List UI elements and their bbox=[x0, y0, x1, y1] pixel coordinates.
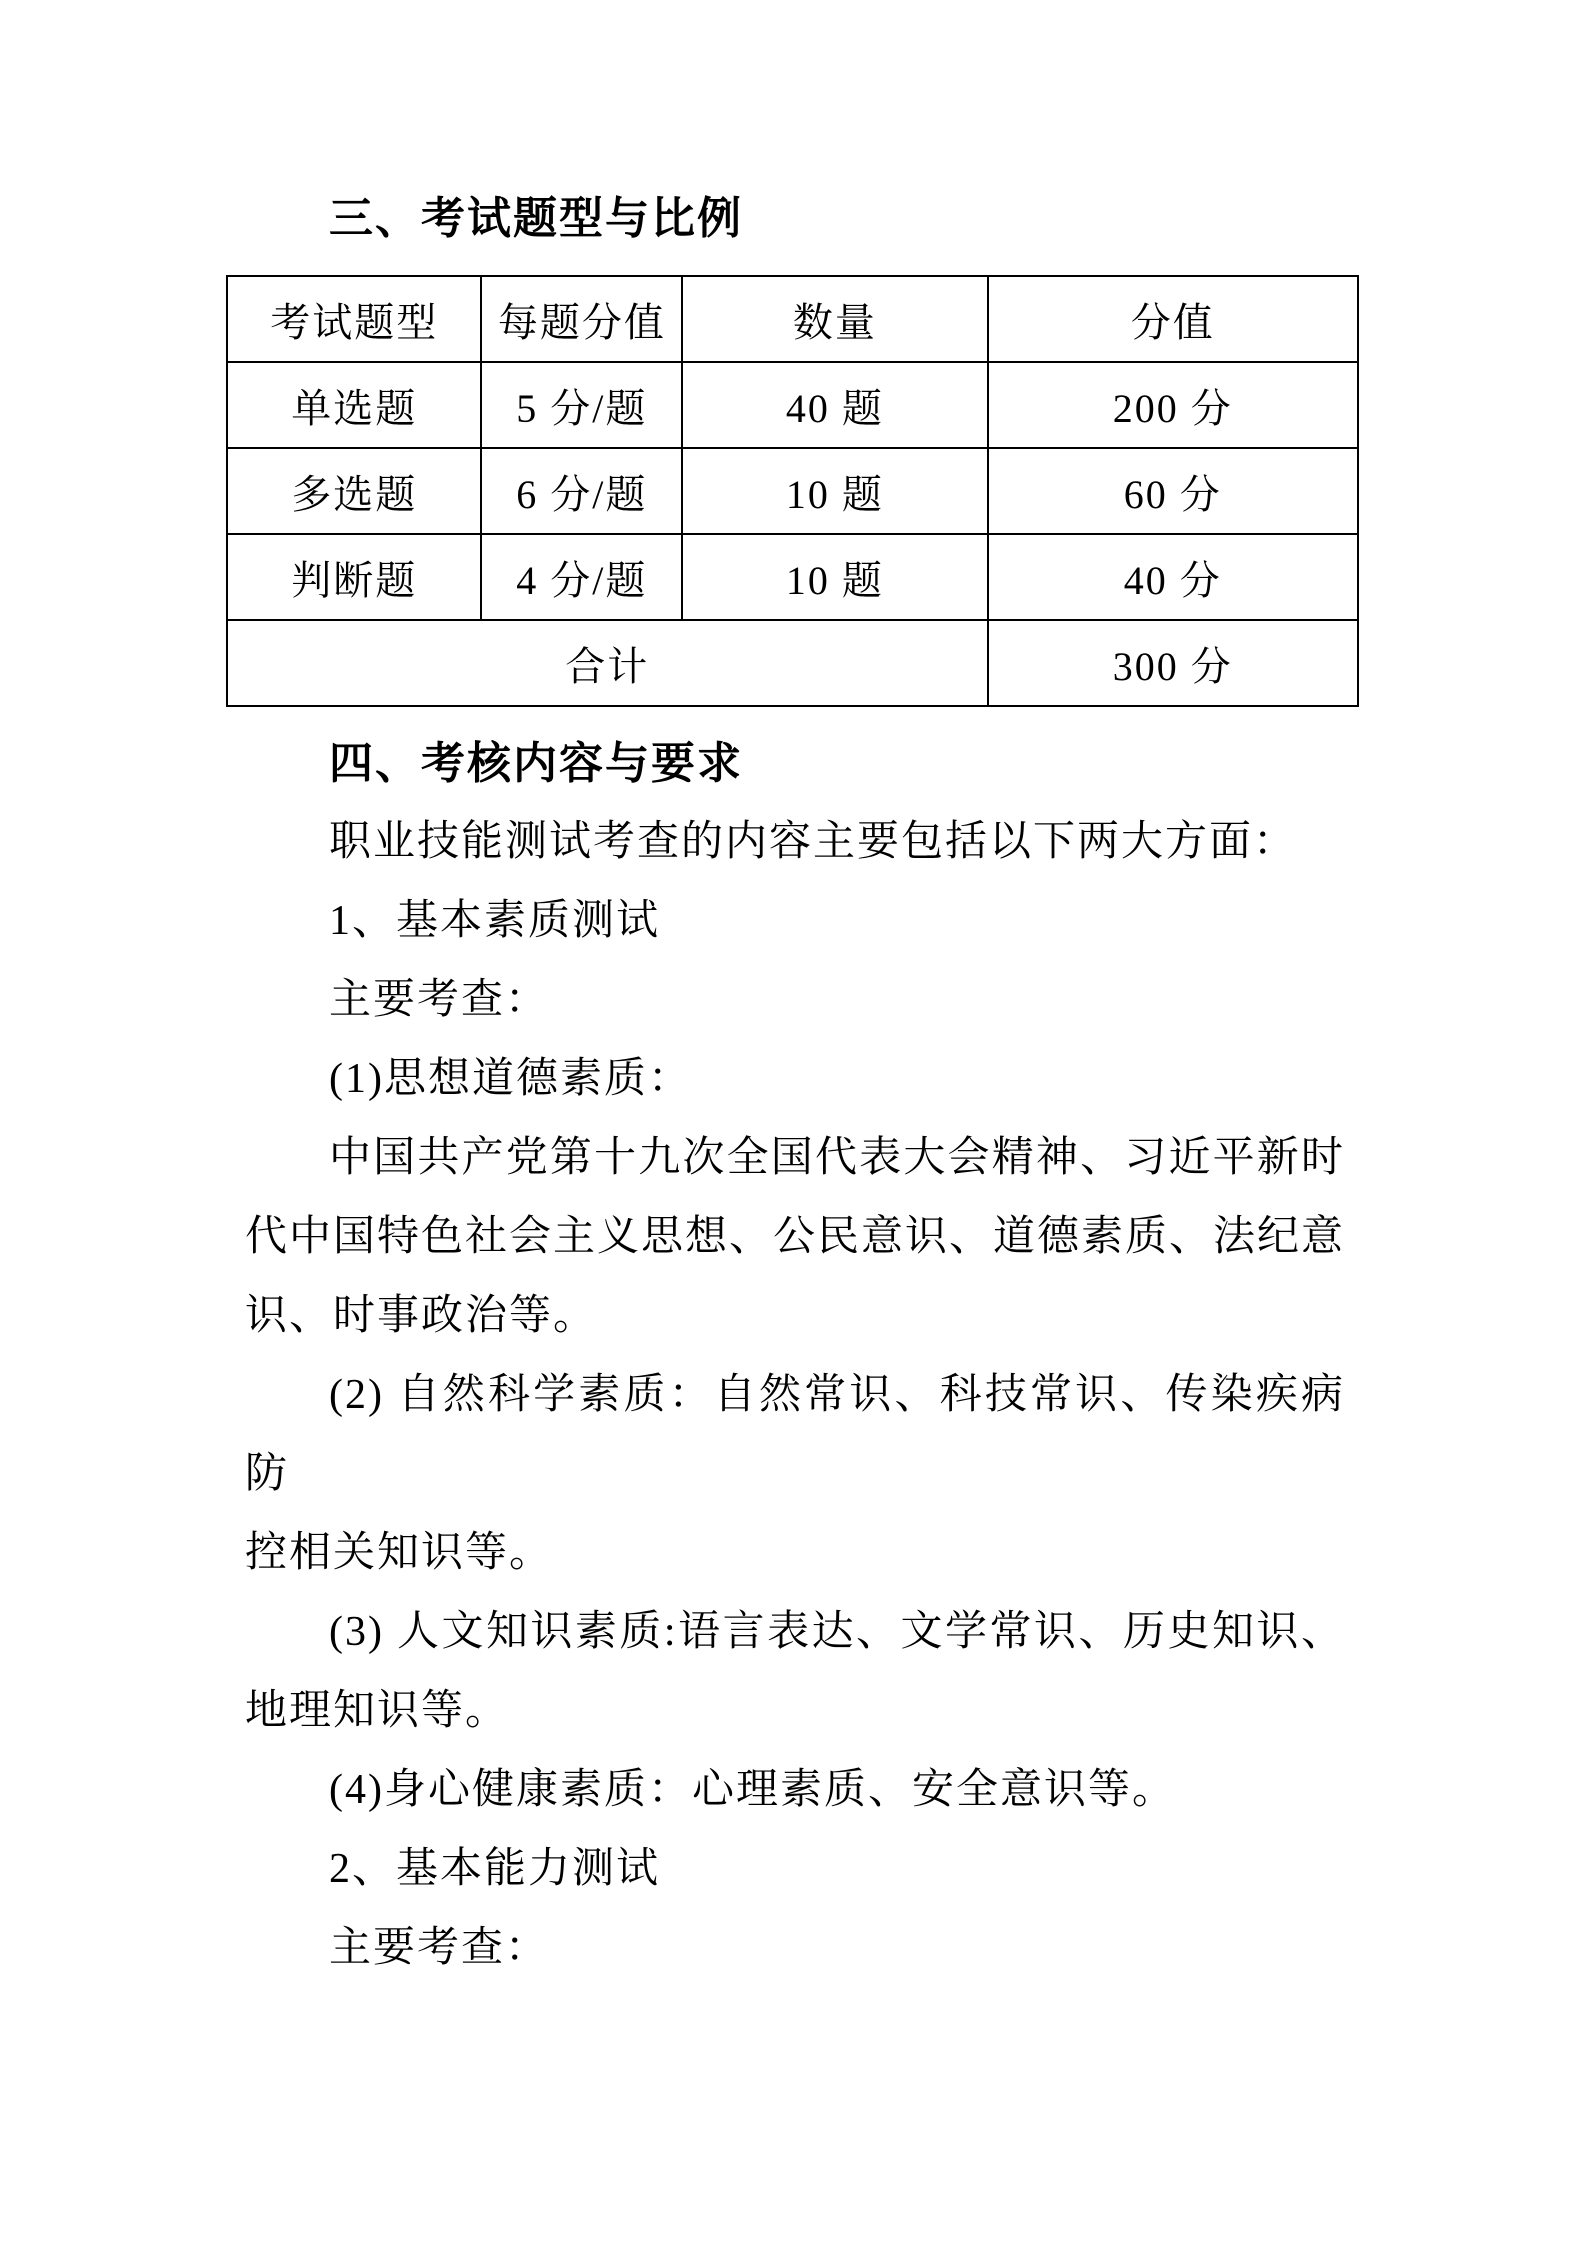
text-line: 中国共产党第十九次全国代表大会精神、习近平新时 bbox=[245, 1119, 1345, 1198]
table-row-multiple-choice: 多选题 6 分/题 10 题 60 分 bbox=[227, 448, 1358, 534]
text-line: (1)思想道德素质： bbox=[245, 1040, 1345, 1119]
table-cell: 4 分/题 bbox=[481, 534, 682, 620]
table-cell: 单选题 bbox=[227, 362, 481, 448]
table-cell: 10 题 bbox=[682, 534, 987, 620]
text-line: 代中国特色社会主义思想、公民意识、道德素质、法纪意 bbox=[245, 1198, 1345, 1277]
table-cell: 10 题 bbox=[682, 448, 987, 534]
table-header-question-type: 考试题型 bbox=[227, 276, 481, 362]
table-header-score: 分值 bbox=[988, 276, 1358, 362]
table-total-label: 合计 bbox=[227, 620, 988, 706]
table-row-total: 合计 300 分 bbox=[227, 620, 1358, 706]
table-header-row: 考试题型 每题分值 数量 分值 bbox=[227, 276, 1358, 362]
exam-types-table: 考试题型 每题分值 数量 分值 单选题 5 分/题 40 题 200 分 多选题… bbox=[226, 275, 1359, 707]
table-row-true-false: 判断题 4 分/题 10 题 40 分 bbox=[227, 534, 1358, 620]
text-line: 识、时事政治等。 bbox=[245, 1277, 1345, 1356]
table-header-points-per-question: 每题分值 bbox=[481, 276, 682, 362]
table-cell: 40 题 bbox=[682, 362, 987, 448]
text-line: 主要考查： bbox=[245, 961, 1345, 1040]
document-page: 三、考试题型与比例 考试题型 每题分值 数量 分值 单选题 5 分/题 40 题… bbox=[0, 0, 1587, 2245]
text-line: 1、基本素质测试 bbox=[245, 882, 1345, 961]
section-heading-exam-types: 三、考试题型与比例 bbox=[226, 192, 1359, 246]
table-header-quantity: 数量 bbox=[682, 276, 987, 362]
table-cell: 6 分/题 bbox=[481, 448, 682, 534]
table-cell: 多选题 bbox=[227, 448, 481, 534]
text-line: 地理知识等。 bbox=[245, 1672, 1345, 1751]
table-cell: 5 分/题 bbox=[481, 362, 682, 448]
table-cell: 200 分 bbox=[988, 362, 1358, 448]
section-heading-assessment-content: 四、考核内容与要求 bbox=[245, 724, 1359, 803]
table-cell: 判断题 bbox=[227, 534, 481, 620]
table-cell: 40 分 bbox=[988, 534, 1358, 620]
text-line: (4)身心健康素质：心理素质、安全意识等。 bbox=[245, 1751, 1345, 1830]
text-line: 职业技能测试考查的内容主要包括以下两大方面： bbox=[245, 803, 1345, 882]
table-cell: 60 分 bbox=[988, 448, 1358, 534]
text-line: (3) 人文知识素质:语言表达、文学常识、历史知识、 bbox=[245, 1593, 1345, 1672]
text-line: 2、基本能力测试 bbox=[245, 1830, 1345, 1909]
body-paragraphs: 职业技能测试考查的内容主要包括以下两大方面：1、基本素质测试主要考查：(1)思想… bbox=[245, 803, 1345, 1988]
text-line: 控相关知识等。 bbox=[245, 1514, 1345, 1593]
table-total-value: 300 分 bbox=[988, 620, 1358, 706]
text-line: 主要考查： bbox=[245, 1909, 1345, 1988]
table-row-single-choice: 单选题 5 分/题 40 题 200 分 bbox=[227, 362, 1358, 448]
text-line: (2) 自然科学素质：自然常识、科技常识、传染疾病防 bbox=[245, 1356, 1345, 1514]
